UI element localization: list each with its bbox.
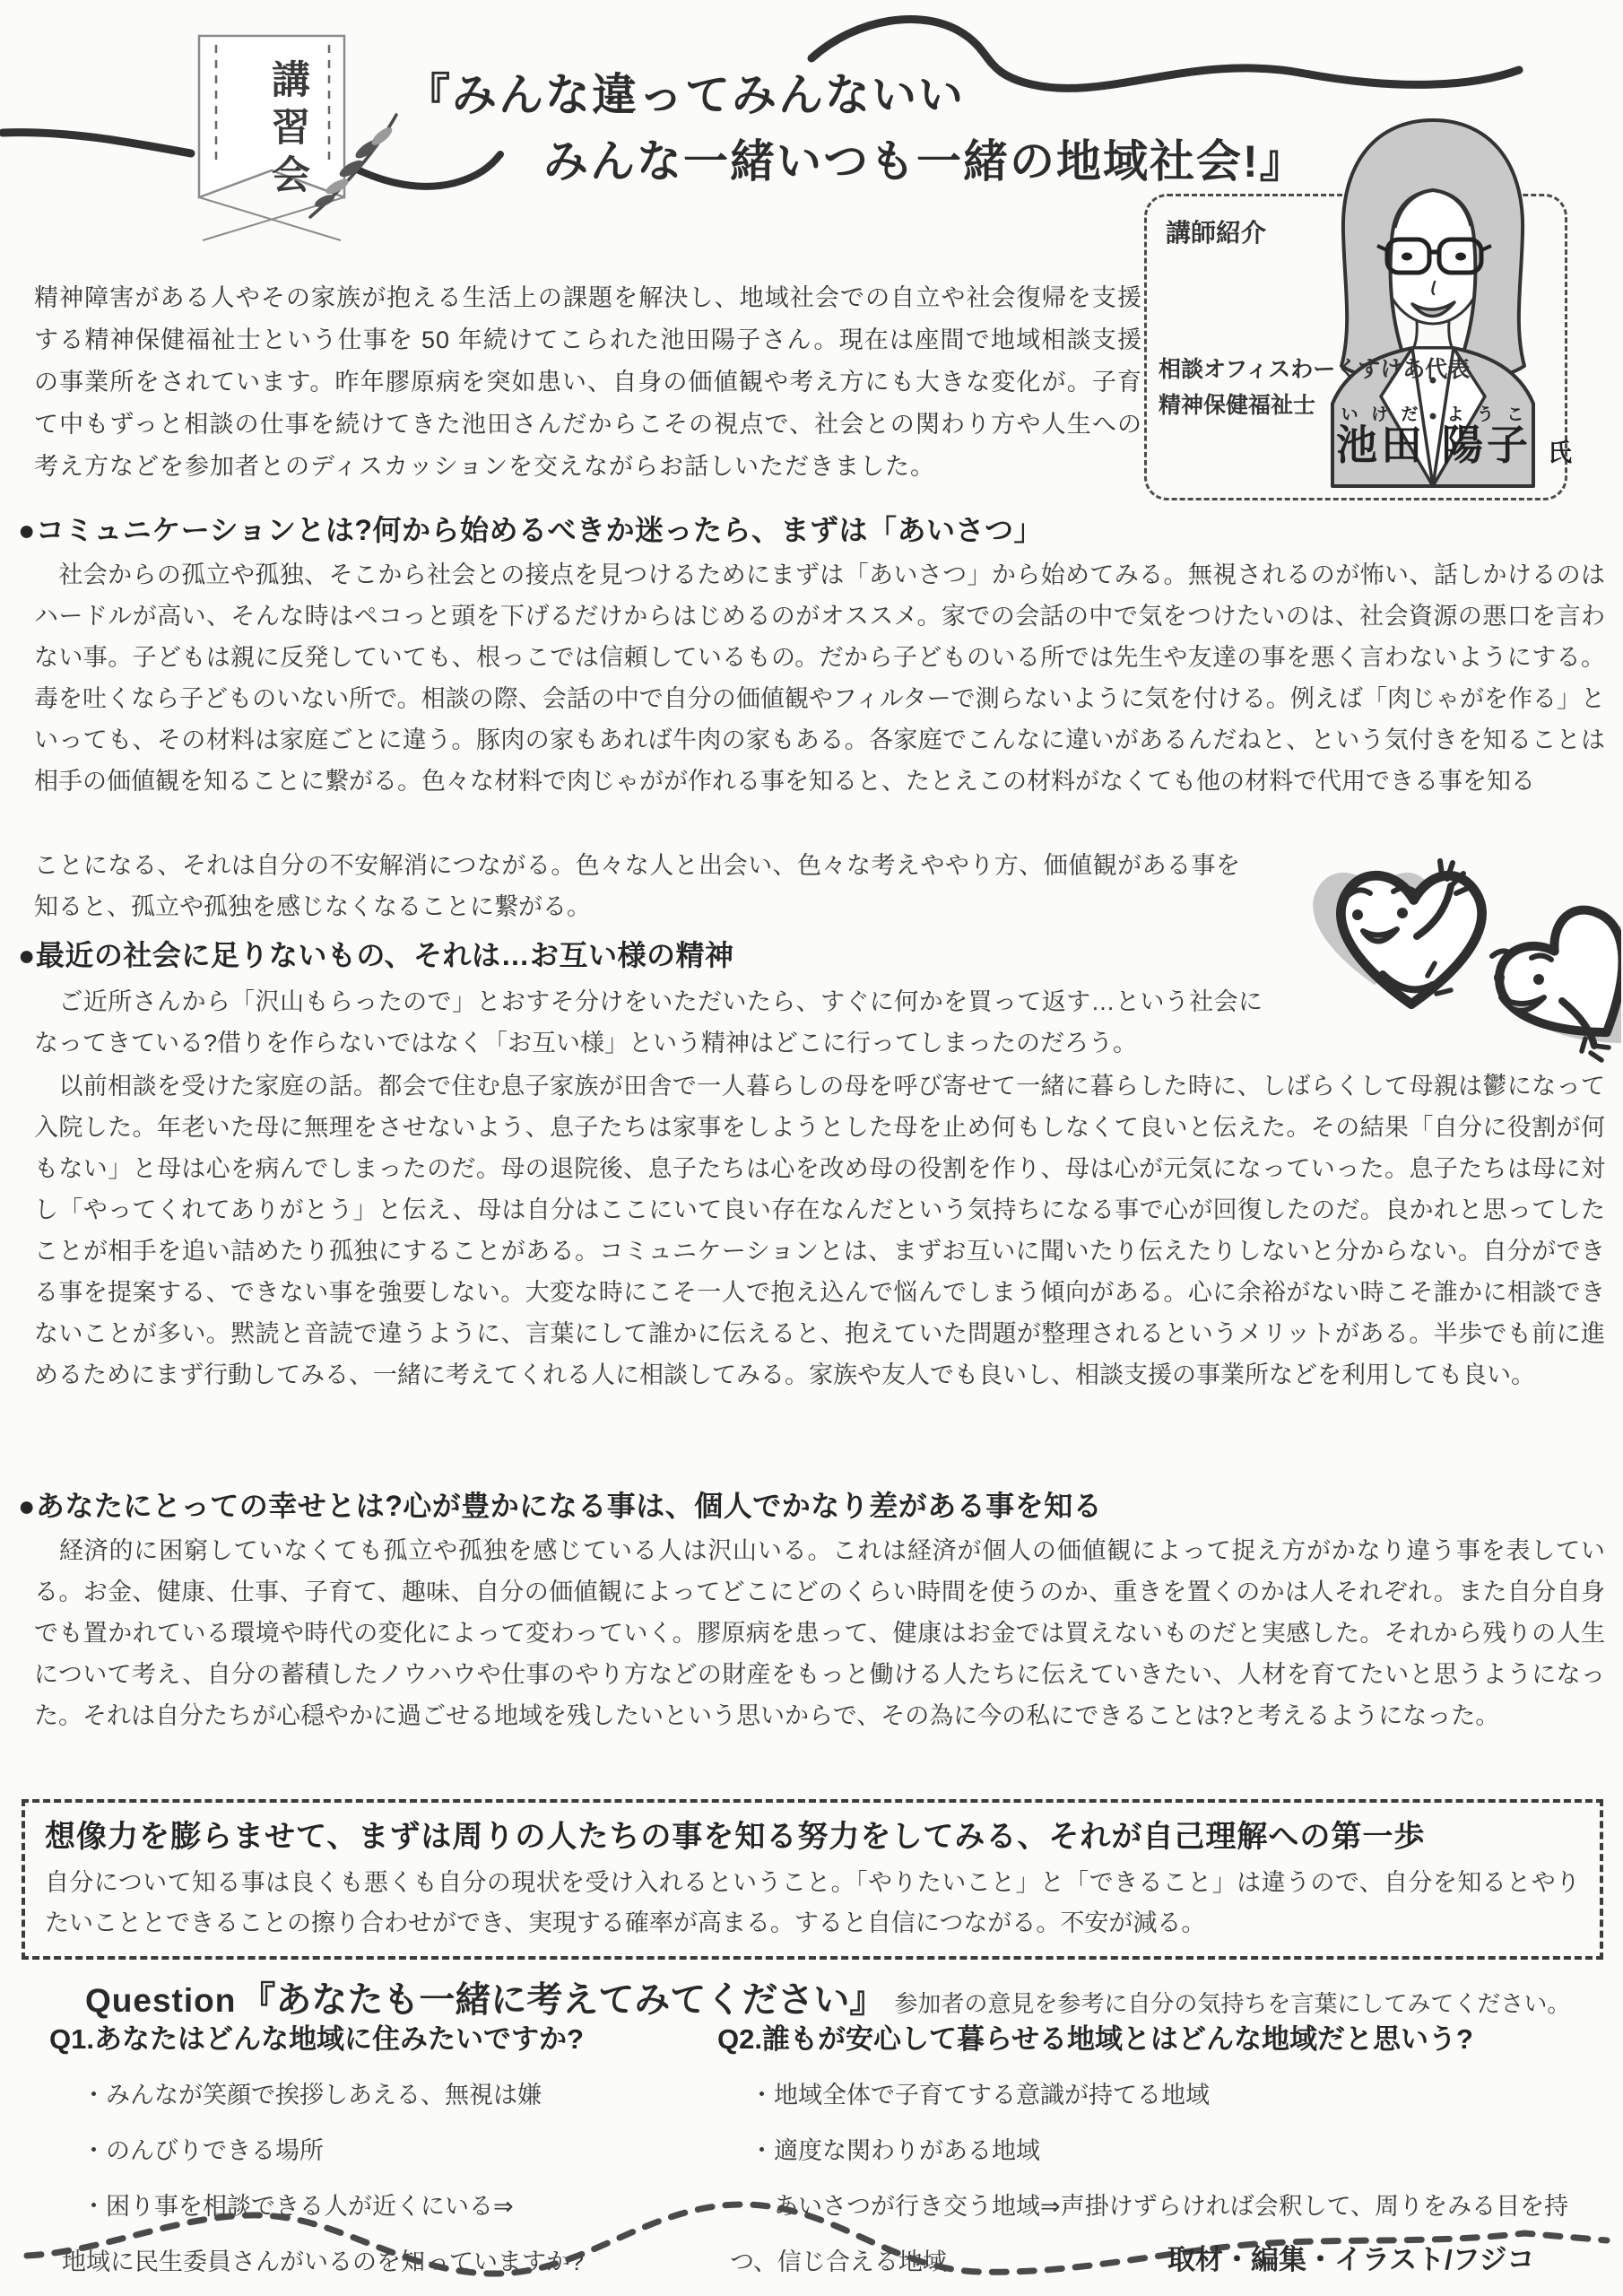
footer-credit: 取材・編集・イラスト/フジコ	[1167, 2237, 1534, 2277]
section3-body: 経済的に困窮していなくても孤立や孤独を感じている人は沢山いる。これは経済が個人の…	[34, 1530, 1605, 1736]
course-badge: 講習会	[226, 59, 316, 212]
section2-body-start: ご近所さんから「沢山もらったので」とおすそ分けをいただいたら、すぐに何かを買って…	[34, 981, 1263, 1064]
section2-body: 以前相談を受けた家庭の話。都会で住む息子家族が田舎で一人暮らしの母を呼び寄せて一…	[34, 1065, 1605, 1396]
instructor-given-kana: ようこ	[1442, 405, 1532, 424]
question-title: 『あなたも一緒に考えてみてください』	[239, 1971, 885, 2022]
section1-body-end: ことになる、それは自分の不安解消につながる。色々な人と出会い、色々な考えややり方…	[34, 845, 1240, 927]
branch-icon	[303, 113, 406, 221]
section1-body: 社会からの孤立や孤独、そこから社会との接点を見つけるためにまずは「あいさつ」から…	[34, 554, 1605, 802]
question2-heading: Q2.誰もが安心して暮らせる地域とはどんな地域だと思いう?	[717, 2016, 1614, 2057]
intro-paragraph: 精神障害がある人やその家族が抱える生活上の課題を解決し、地域社会での自立や社会復…	[34, 277, 1142, 488]
list-item: 地域に民生委員さんがいるのを知っていますか?	[49, 2234, 713, 2290]
question1-heading: Q1.あなたはどんな地域に住みたいですか?	[49, 2016, 713, 2057]
page-title-line2: みんな一緒いつも一緒の地域社会!』	[543, 126, 1306, 190]
instructor-org-line1: 相談オフィスわーくすけあ代表	[1159, 352, 1470, 387]
instructor-given-name: 陽子	[1442, 422, 1532, 468]
instructor-card-label: 講師紹介	[1166, 213, 1266, 249]
list-item: ・のんびりできる場所	[49, 2123, 713, 2179]
instructor-family-kana: いけだ	[1336, 405, 1426, 424]
highlight-box-body: 自分について知る事は良くも悪くも自分の現状を受け入れるということ。「やりたいこと…	[45, 1863, 1580, 1944]
instructor-name-suffix: 氏	[1548, 433, 1572, 472]
instructor-name: 池田いけだ 陽子ようこ 氏	[1336, 405, 1572, 472]
highlight-box: 想像力を膨らませて、まずは周りの人たちの事を知る努力をしてみる、それが自己理解へ…	[22, 1799, 1603, 1960]
question-row: Question 『あなたも一緒に考えてみてください』 参加者の意見を参考に自分…	[85, 1971, 1570, 2022]
instructor-family-name: 池田	[1336, 422, 1426, 468]
question-label: Question	[85, 1982, 236, 2020]
section2-heading: ●最近の社会に足りないもの、それは…お互い様の精神	[18, 933, 734, 974]
list-item: ・みんなが笑顔で挨拶しあえる、無視は嫌	[49, 2067, 713, 2123]
question-note: 参加者の意見を参考に自分の気持ちを言葉にしてみてください。	[894, 1986, 1570, 2019]
question1-block: Q1.あなたはどんな地域に住みたいですか? ・みんなが笑顔で挨拶しあえる、無視は…	[49, 2016, 713, 2290]
section3-heading: ●あなたにとっての幸せとは?心が豊かになる事は、個人でかなり差がある事を知る	[18, 1483, 1102, 1525]
list-item: ・適度な関わりがある地域	[717, 2123, 1614, 2179]
hearts-illustration	[1266, 839, 1621, 1069]
list-item: ・困り事を相談できる人が近くにいる⇒	[49, 2179, 713, 2234]
list-item: ・地域全体で子育てする意識が持てる地域	[717, 2067, 1614, 2123]
page-title-line1: 『みんな違ってみんないい	[405, 59, 965, 124]
highlight-box-title: 想像力を膨らませて、まずは周りの人たちの事を知る努力をしてみる、それが自己理解へ…	[45, 1812, 1580, 1856]
newsletter-page: 講習会 『みんな違ってみんないい みんな一緒いつも一緒の地域社会!』 講師紹介	[0, 0, 1623, 2296]
section1-heading: ●コミュニケーションとは?何から始めるべきか迷ったら、まずは「あいさつ」	[18, 508, 1043, 549]
